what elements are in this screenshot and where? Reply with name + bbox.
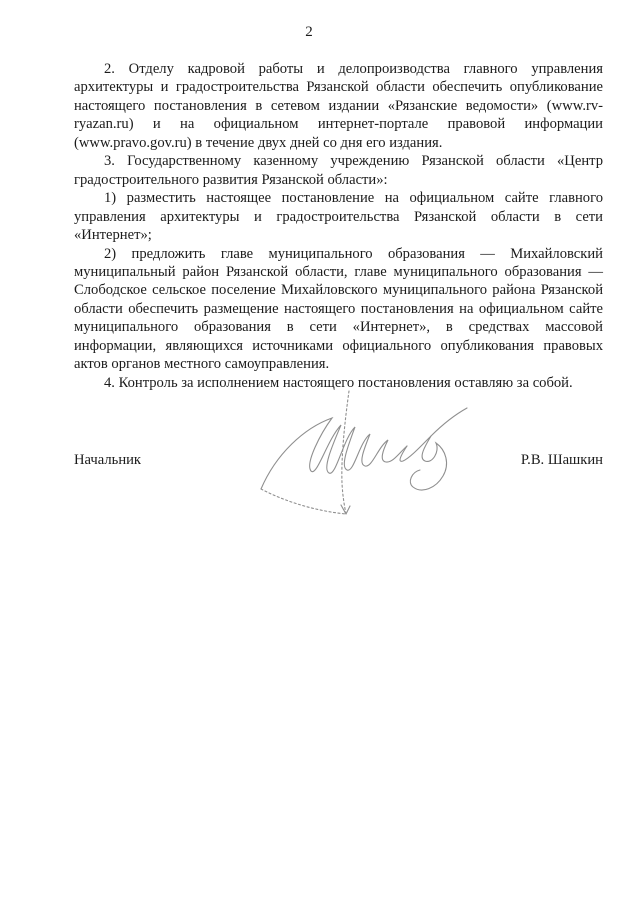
document-page: 2 2. Отделу кадровой работы и делопроизв… [0,0,640,905]
signer-position-title: Начальник [74,452,141,469]
paragraph-item-2: 2. Отделу кадровой работы и делопроизвод… [74,60,603,152]
paragraph-item-3: 3. Государственному казенному учреждению… [74,152,603,189]
document-body: 2. Отделу кадровой работы и делопроизвод… [74,60,603,392]
paragraph-subitem-1: 1) разместить настоящее постановление на… [74,189,603,244]
paragraph-item-4: 4. Контроль за исполнением настоящего по… [74,374,603,392]
signature-block: Начальник Р.В. Шашкин [74,452,603,469]
signer-name: Р.В. Шашкин [521,452,603,469]
page-number: 2 [0,24,618,41]
paragraph-subitem-2: 2) предложить главе муниципального образ… [74,245,603,374]
